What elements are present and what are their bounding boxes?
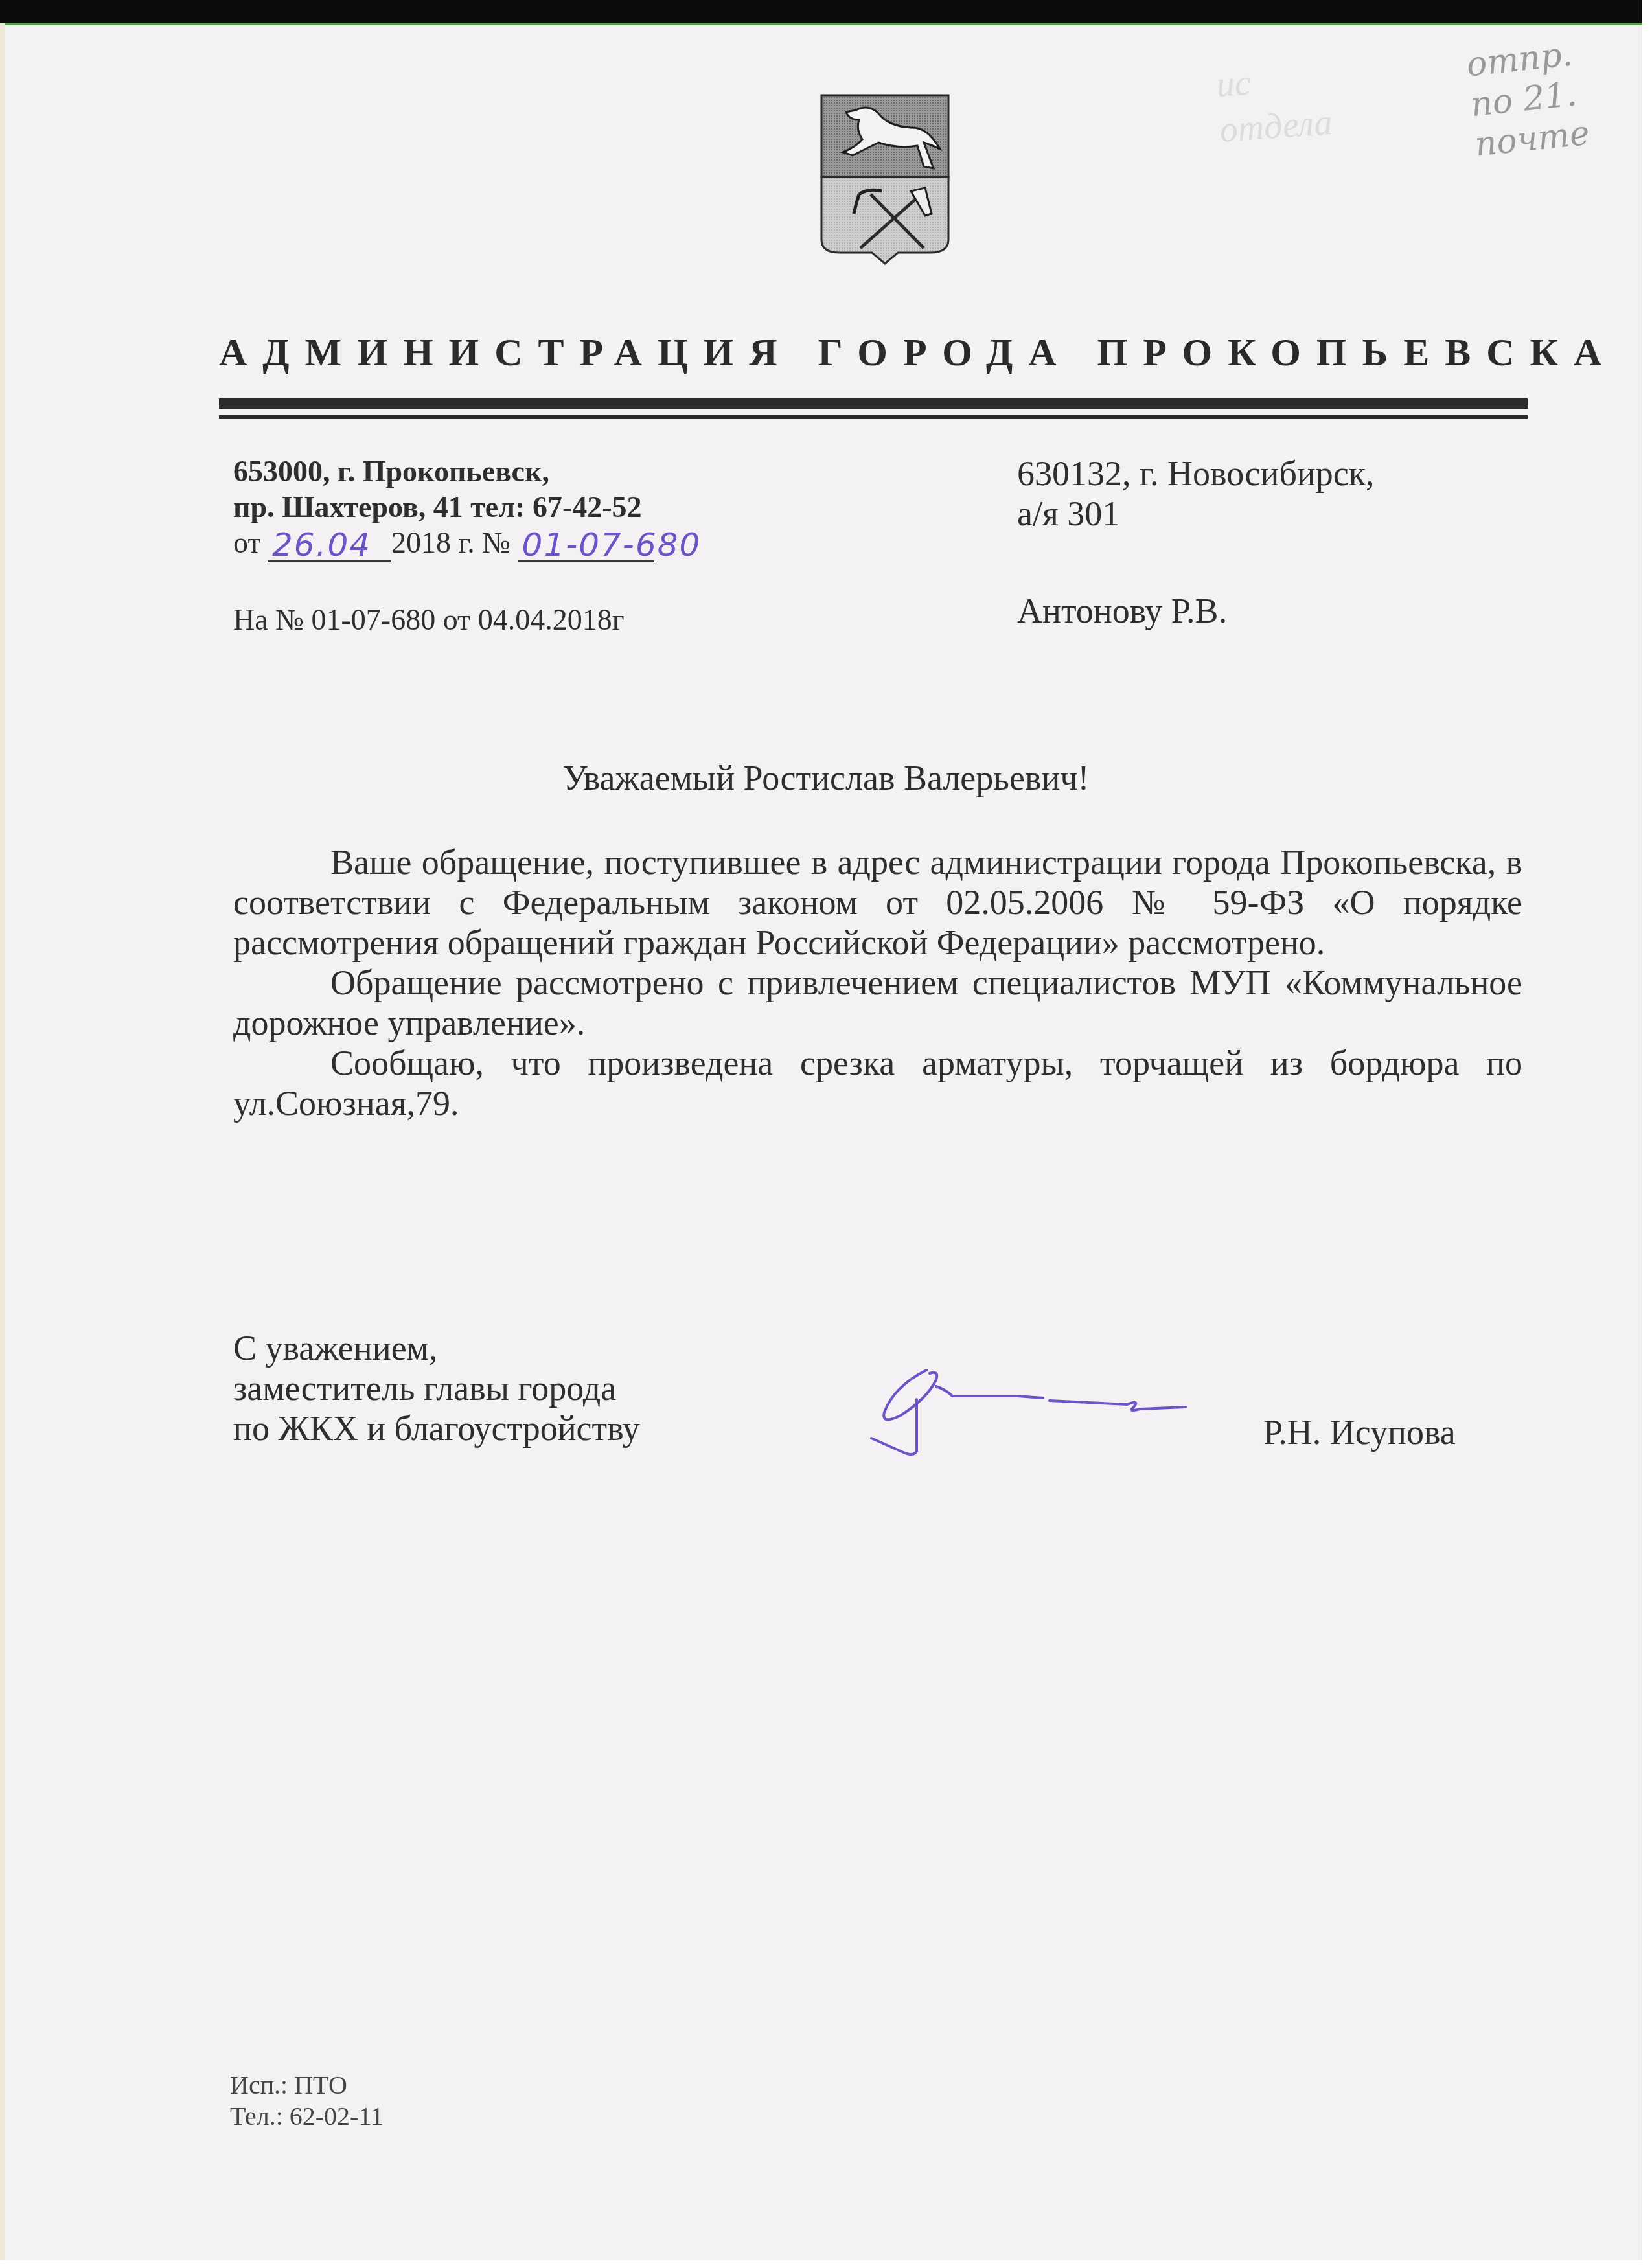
organization-title: АДМИНИСТРАЦИЯ ГОРОДА ПРОКОПЬЕВСКА — [219, 330, 1515, 375]
scan-top-edge — [0, 23, 1642, 25]
closing-block: С уважением, заместитель главы города по… — [233, 1328, 640, 1449]
coat-of-arms-icon — [820, 94, 950, 266]
scan-bottom-margin — [0, 2260, 1652, 2268]
signer-title-line2: по ЖКХ и благоустройству — [233, 1408, 640, 1449]
sender-address-line2: пр. Шахтеров, 41 тел: 67-42-52 — [233, 489, 654, 525]
date-field: 26.04 — [268, 525, 391, 562]
scan-top-border — [0, 0, 1642, 23]
reply-reference: На № 01-07-680 от 04.04.2018г — [233, 602, 625, 637]
signature-icon — [855, 1360, 1244, 1458]
salutation: Уважаемый Ростислав Валерьевич! — [0, 758, 1652, 798]
executor-phone: Тел.: 62-02-11 — [230, 2101, 384, 2132]
outgoing-date-line: от 26.042018 г. № 01-07-680 — [233, 525, 654, 562]
body-paragraph: Ваше обращение, поступившее в адрес адми… — [233, 842, 1522, 963]
body-paragraph: Сообщаю, что произведена срезка арматуры… — [233, 1043, 1522, 1123]
executor-block: Исп.: ПТО Тел.: 62-02-11 — [230, 2070, 384, 2132]
sender-block: 653000, г. Прокопьевск, пр. Шахтеров, 41… — [233, 453, 654, 562]
handwritten-number: 01-07-680 — [522, 527, 702, 563]
closing-phrase: С уважением, — [233, 1328, 640, 1368]
faint-pencil-note: ис отдела — [1215, 54, 1333, 153]
handwritten-note: отпр. по 21. почте — [1465, 33, 1592, 165]
letter-body: Ваше обращение, поступившее в адрес адми… — [233, 842, 1522, 1123]
handwritten-date: 26.04 — [272, 527, 371, 563]
signer-title-line1: заместитель главы города — [233, 1368, 640, 1408]
recipient-address-line1: 630132, г. Новосибирск, — [1017, 453, 1374, 494]
body-paragraph: Обращение рассмотрено с привлечением спе… — [233, 963, 1522, 1043]
signer-name: Р.Н. Исупова — [1263, 1412, 1456, 1452]
sender-address-line1: 653000, г. Прокопьевск, — [233, 453, 654, 489]
recipient-block: 630132, г. Новосибирск, а/я 301 — [1017, 453, 1374, 534]
scan-left-edge — [0, 23, 5, 2262]
recipient-address-line2: а/я 301 — [1017, 494, 1374, 534]
scan-right-margin — [1642, 0, 1652, 2268]
letterhead-divider-thick — [219, 398, 1528, 409]
executor-line: Исп.: ПТО — [230, 2070, 384, 2101]
recipient-name: Антонову Р.В. — [1017, 591, 1227, 631]
letterhead-divider-thin — [219, 415, 1528, 419]
number-field: 01-07-680 — [518, 525, 654, 562]
